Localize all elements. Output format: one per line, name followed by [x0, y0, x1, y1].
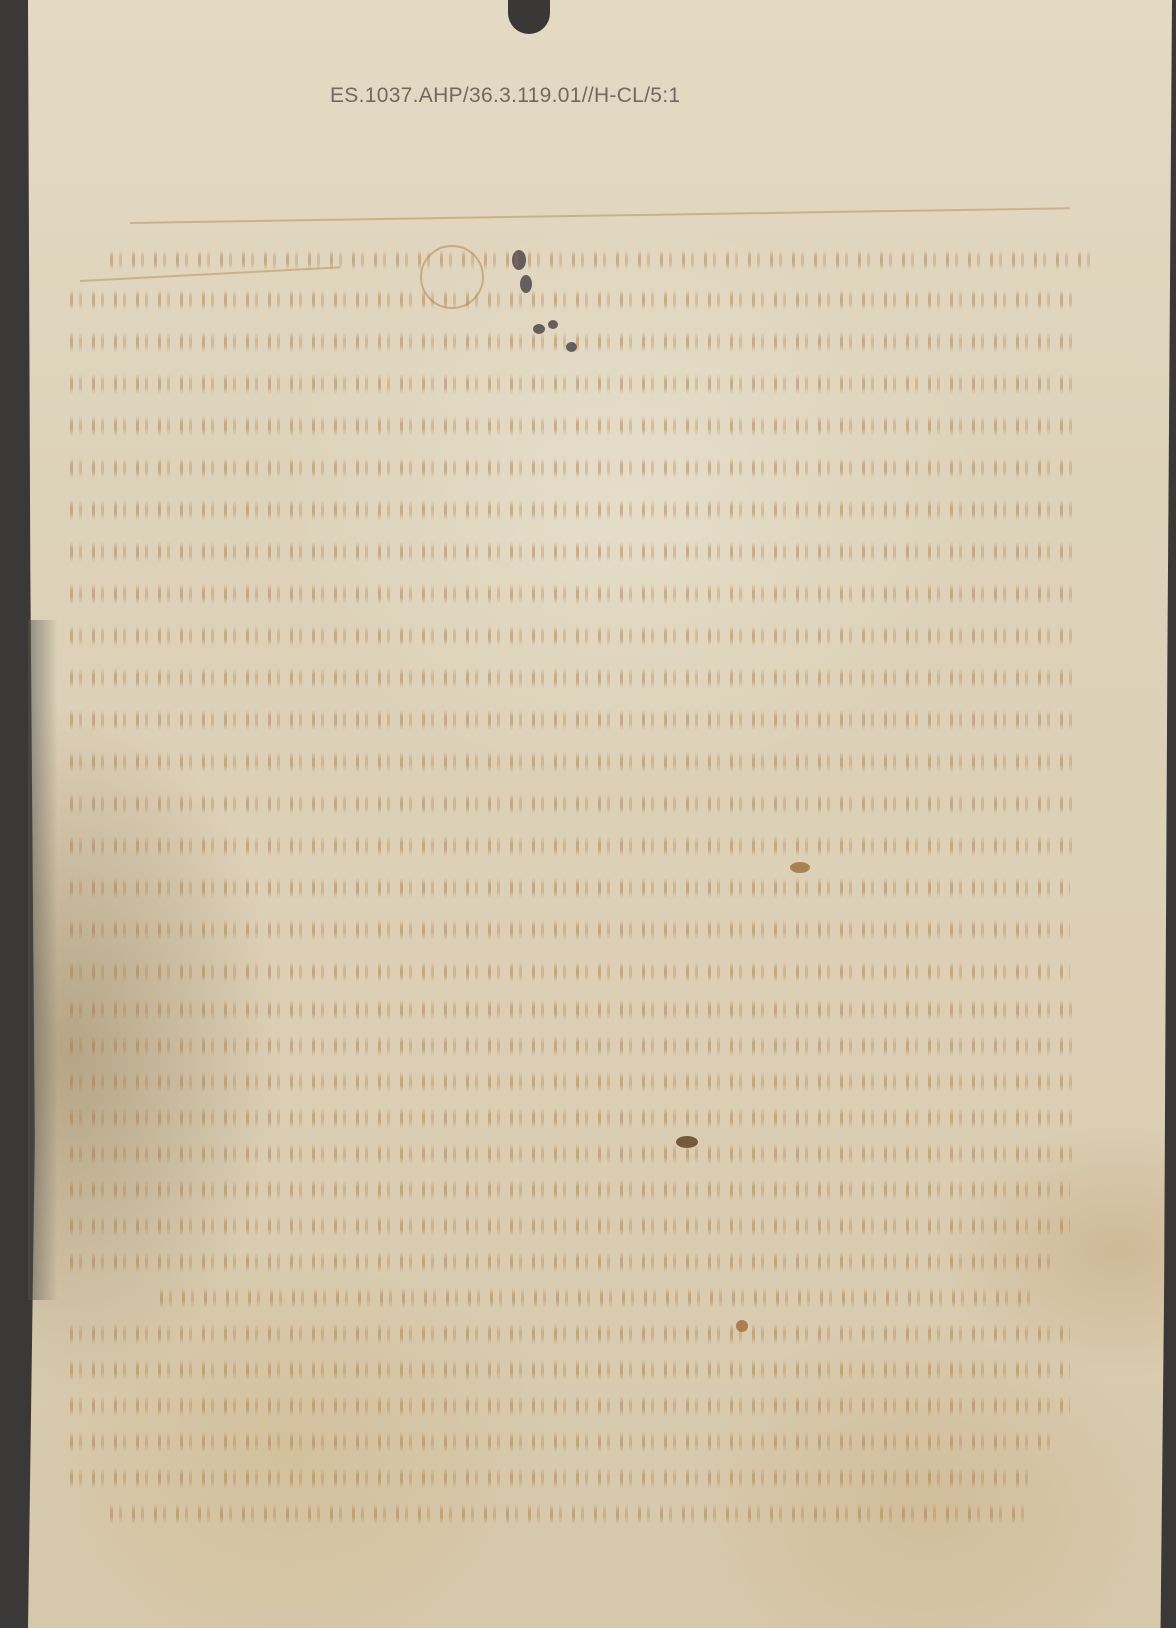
- script-line: [70, 1468, 1030, 1488]
- script-line: [70, 1360, 1070, 1380]
- script-line: [110, 1504, 1030, 1524]
- script-line: [110, 250, 1090, 270]
- script-line: [70, 290, 1080, 310]
- script-line: [70, 332, 1080, 352]
- script-line: [70, 710, 1080, 730]
- script-line: [70, 794, 1080, 814]
- script-line: [70, 584, 1080, 604]
- script-line: [70, 1000, 1080, 1020]
- script-line: [70, 878, 1070, 898]
- script-line: [70, 416, 1080, 436]
- script-line: [70, 1432, 1050, 1452]
- script-line: [70, 752, 1080, 772]
- script-line: [70, 1396, 1070, 1416]
- parchment-sheet: [28, 0, 1172, 1628]
- script-line: [70, 374, 1080, 394]
- archival-reference-label: ES.1037.AHP/36.3.119.01//H-CL/5:1: [330, 84, 680, 108]
- ink-stain: [790, 862, 810, 873]
- script-line: [70, 1108, 1080, 1128]
- script-line: [70, 1252, 1050, 1272]
- script-line: [70, 1072, 1080, 1092]
- script-line: [70, 1144, 1080, 1164]
- script-line: [70, 500, 1080, 520]
- script-line: [70, 920, 1070, 940]
- script-line: [70, 668, 1080, 688]
- script-line: [160, 1288, 1040, 1308]
- parchment-edge-shadow: [28, 620, 58, 1300]
- script-line: [70, 542, 1080, 562]
- script-line: [70, 1180, 1070, 1200]
- script-line: [70, 1324, 1070, 1344]
- script-line: [70, 1216, 1070, 1236]
- script-line: [70, 962, 1070, 982]
- script-line: [70, 1036, 1080, 1056]
- script-line: [70, 626, 1080, 646]
- script-line: [70, 836, 1080, 856]
- ink-blot: [548, 320, 558, 329]
- script-line: [70, 458, 1080, 478]
